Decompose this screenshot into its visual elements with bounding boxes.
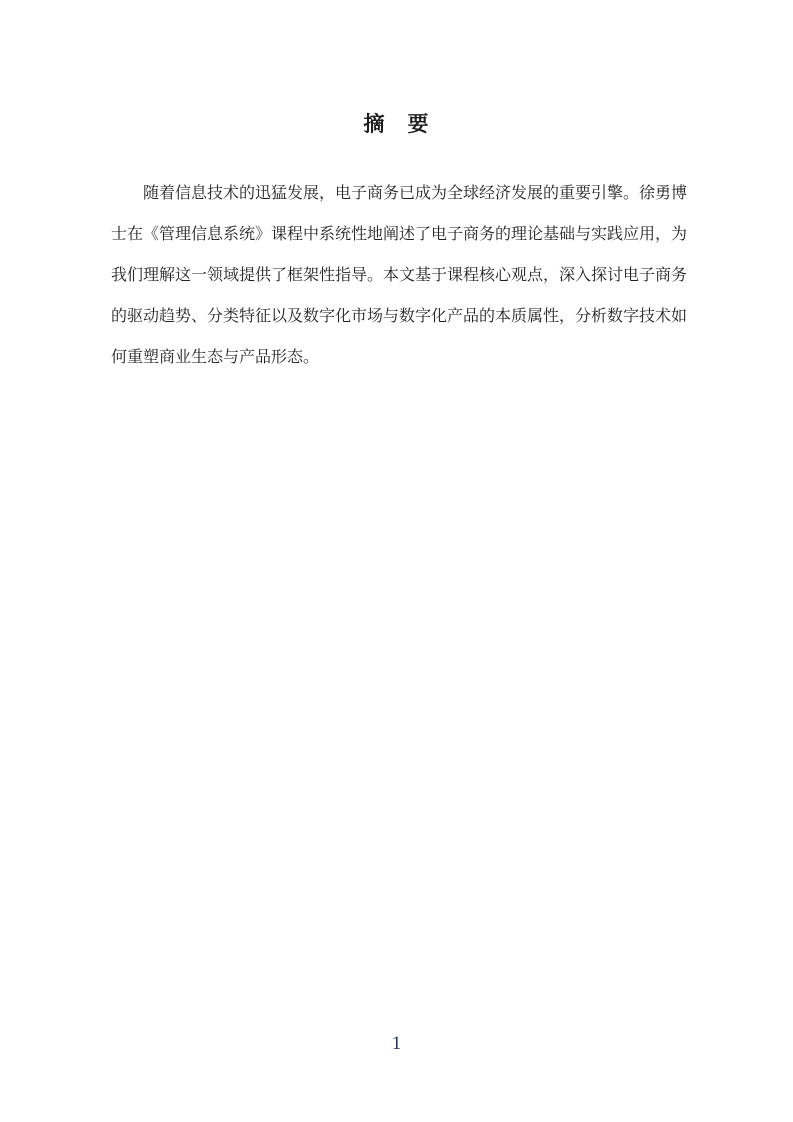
- page-footer: 1: [0, 1034, 793, 1054]
- page-number: 1: [392, 1033, 402, 1054]
- abstract-paragraph: 随着信息技术的迅猛发展，电子商务已成为全球经济发展的重要引擎。徐勇博士在《管理信…: [111, 173, 687, 378]
- abstract-title: 摘 要: [0, 0, 793, 137]
- document-page: 摘 要 随着信息技术的迅猛发展，电子商务已成为全球经济发展的重要引擎。徐勇博士在…: [0, 0, 793, 1122]
